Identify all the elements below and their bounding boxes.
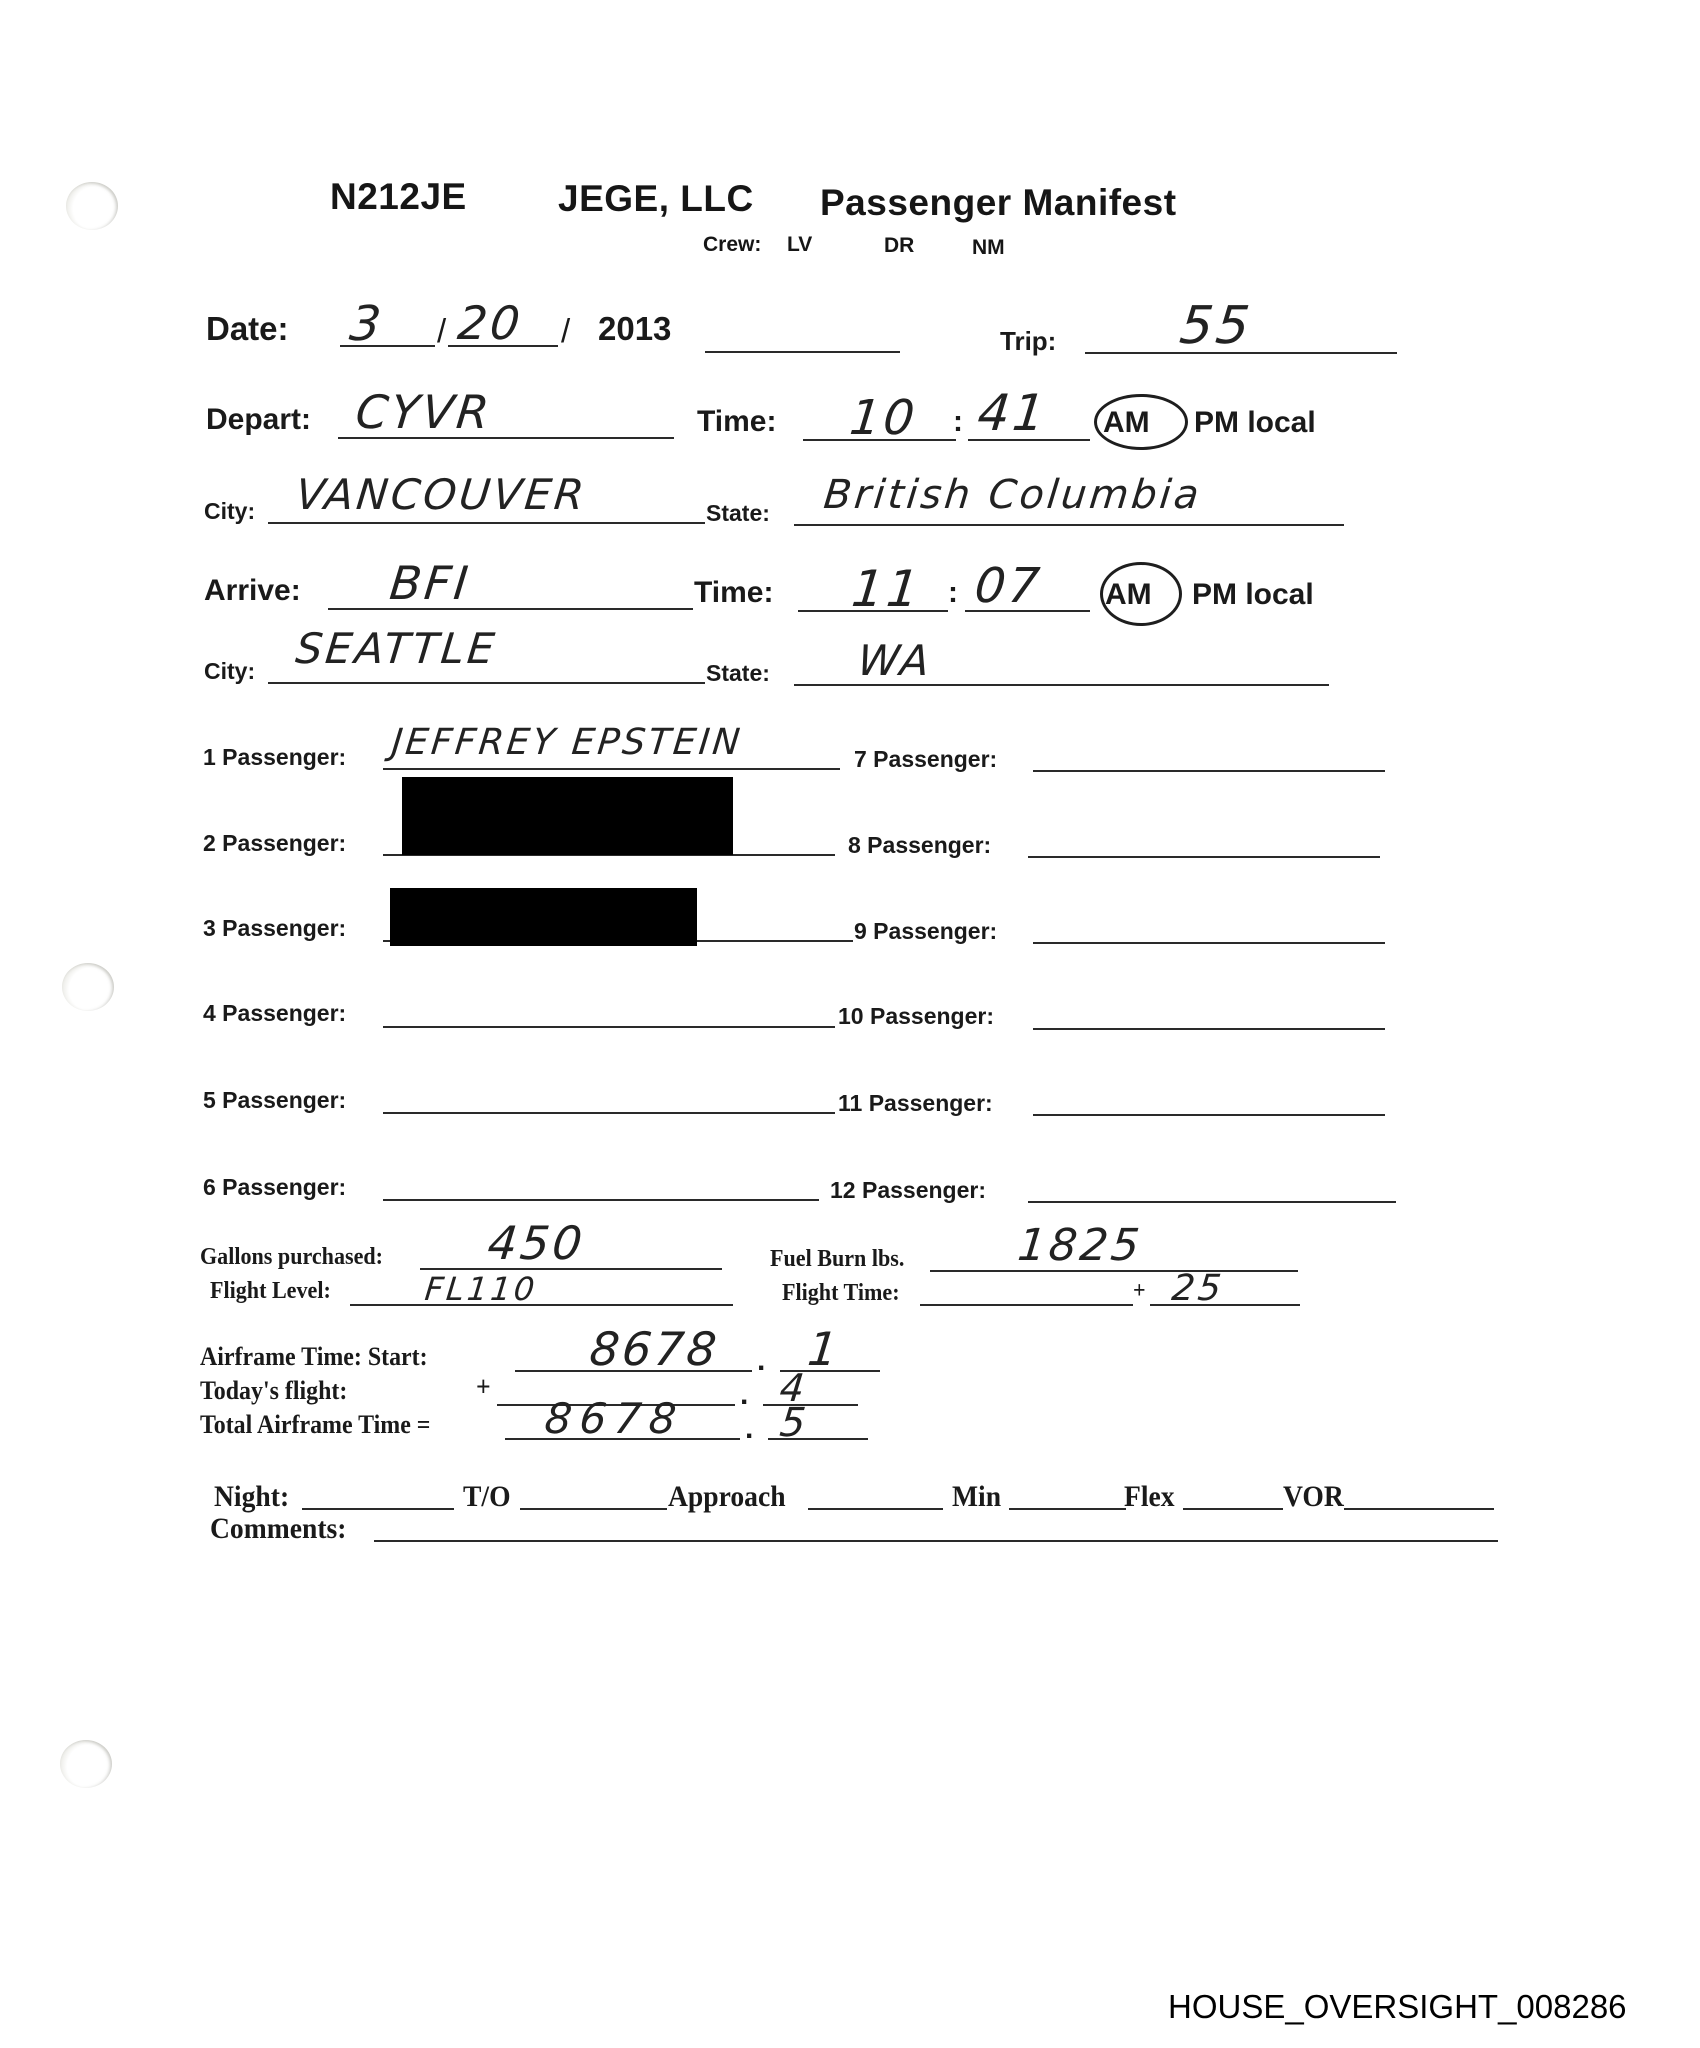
passenger-1-field[interactable]: JEFFREY EPSTEIN [390,722,745,763]
passenger-4-label: 4 Passenger: [203,1000,346,1027]
binder-hole-middle [62,963,114,1011]
passenger-5-line [383,1112,835,1114]
crew-label: Crew: [703,233,761,257]
fuel-burn-field[interactable]: 1825 [1015,1220,1144,1271]
passenger-11-label: 11 Passenger: [838,1090,993,1117]
passenger-7-label: 7 Passenger: [854,746,997,773]
passenger-11-line[interactable] [1033,1114,1385,1116]
trip-label: Trip: [1000,326,1056,357]
passenger-10-label: 10 Passenger: [838,1003,994,1030]
passenger-12-line[interactable] [1028,1201,1396,1203]
arrive-am-selected-circle [1100,562,1182,626]
to-line[interactable] [520,1508,667,1510]
total-airframe-label: Total Airframe Time = [200,1410,430,1440]
date-sep-2: / [561,312,570,350]
depart-hour-field[interactable]: 10 [847,390,920,446]
passenger-3-redaction [390,888,697,946]
date-sep-1: / [437,312,446,350]
fuel-burn-label: Fuel Burn lbs. [770,1246,904,1273]
depart-airport-field[interactable]: CYVR [353,385,494,439]
flight-level-label: Flight Level: [210,1278,331,1305]
min-line[interactable] [1009,1508,1126,1510]
arrive-time-colon: : [948,576,958,610]
passenger-7-line[interactable] [1033,770,1385,772]
crew-member-3: NM [972,236,1005,260]
passenger-8-line[interactable] [1028,856,1380,858]
passenger-5-label: 5 Passenger: [203,1087,346,1114]
date-label: Date: [206,310,289,348]
total-airframe-dot: . [745,1412,753,1446]
to-label: T/O [463,1480,511,1514]
total-airframe-whole-field[interactable]: 8678 [542,1394,686,1443]
depart-am-selected-circle [1094,394,1188,450]
depart-time-label: Time: [697,405,776,439]
flight-time-hours-line[interactable] [920,1304,1133,1306]
passenger-9-label: 9 Passenger: [854,918,997,945]
bates-number: HOUSE_OVERSIGHT_008286 [1168,1988,1627,2026]
arrive-label: Arrive: [204,574,301,608]
flight-time-plus: + [1133,1278,1146,1305]
date-day-field[interactable]: 20 [455,296,525,350]
arrive-minute-field[interactable]: 07 [972,558,1045,614]
arrive-city-line [268,682,705,684]
crew-member-2: DR [884,234,914,258]
night-label: Night: [214,1480,289,1514]
min-label: Min [952,1480,1001,1514]
depart-minute-field[interactable]: 41 [975,384,1051,442]
depart-time-colon: : [953,405,963,439]
approach-label: Approach [668,1480,786,1514]
flight-time-label: Flight Time: [782,1280,900,1307]
passenger-6-label: 6 Passenger: [203,1174,346,1201]
depart-state-line [794,524,1344,526]
arrive-time-label: Time: [694,576,773,610]
depart-label: Depart: [206,403,311,437]
todays-flight-dot: . [740,1378,748,1412]
todays-flight-label: Today's flight: [200,1376,347,1406]
todays-flight-plus: + [476,1372,491,1404]
date-year-line [705,351,900,353]
passenger-2-label: 2 Passenger: [203,830,346,857]
depart-pm-local: PM local [1194,406,1316,440]
flight-time-minutes-field[interactable]: 25 [1170,1268,1226,1309]
binder-hole-top [66,182,118,230]
date-month-field[interactable]: 3 [347,296,386,352]
arrive-city-field[interactable]: SEATTLE [293,624,499,673]
trip-field[interactable]: 55 [1177,296,1255,356]
airframe-start-tenths-field[interactable]: 1 [805,1322,843,1376]
passenger-1-line [383,768,840,770]
vor-line[interactable] [1344,1508,1494,1510]
airframe-start-label: Airframe Time: Start: [200,1342,428,1372]
gallons-purchased-field[interactable]: 450 [485,1216,587,1270]
airframe-start-dot: . [757,1344,765,1378]
passenger-2-redaction [402,777,733,855]
passenger-4-line [383,1026,835,1028]
flight-level-field[interactable]: FL110 [423,1270,539,1308]
arrive-hour-field[interactable]: 11 [849,560,925,618]
passenger-1-label: 1 Passenger: [203,744,346,771]
arrive-pm-local: PM local [1192,578,1314,612]
date-year: 2013 [598,310,671,348]
binder-hole-bottom [60,1740,112,1788]
tail-number: N212JE [330,176,467,218]
comments-label: Comments: [210,1512,346,1546]
comments-line[interactable] [374,1540,1498,1542]
airframe-start-whole-field[interactable]: 8678 [587,1322,722,1376]
depart-state-field[interactable]: British Columbia [822,472,1204,518]
arrive-state-label: State: [706,660,770,687]
depart-city-field[interactable]: VANCOUVER [293,470,589,519]
arrive-city-label: City: [204,658,255,685]
flex-label: Flex [1124,1480,1175,1514]
vor-label: VOR [1283,1480,1344,1514]
total-airframe-tenths-field[interactable]: 5 [778,1400,811,1446]
depart-city-line [268,522,705,524]
arrive-airport-field[interactable]: BFI [387,556,473,610]
arrive-line [328,608,693,610]
page-title: Passenger Manifest [820,182,1177,224]
passenger-9-line[interactable] [1033,942,1385,944]
approach-line[interactable] [808,1508,943,1510]
flight-level-line [350,1304,733,1306]
gallons-purchased-label: Gallons purchased: [200,1244,383,1271]
passenger-3-label: 3 Passenger: [203,915,346,942]
passenger-8-label: 8 Passenger: [848,832,991,859]
depart-state-label: State: [706,500,770,527]
night-line[interactable] [302,1508,454,1510]
passenger-6-line [383,1199,819,1201]
crew-member-1: LV [787,233,812,257]
passenger-10-line[interactable] [1033,1028,1385,1030]
depart-city-label: City: [204,498,255,525]
arrive-state-field[interactable]: WA [855,636,934,685]
passenger-12-label: 12 Passenger: [830,1177,986,1204]
flex-line[interactable] [1183,1508,1283,1510]
company-name: JEGE, LLC [558,178,754,220]
